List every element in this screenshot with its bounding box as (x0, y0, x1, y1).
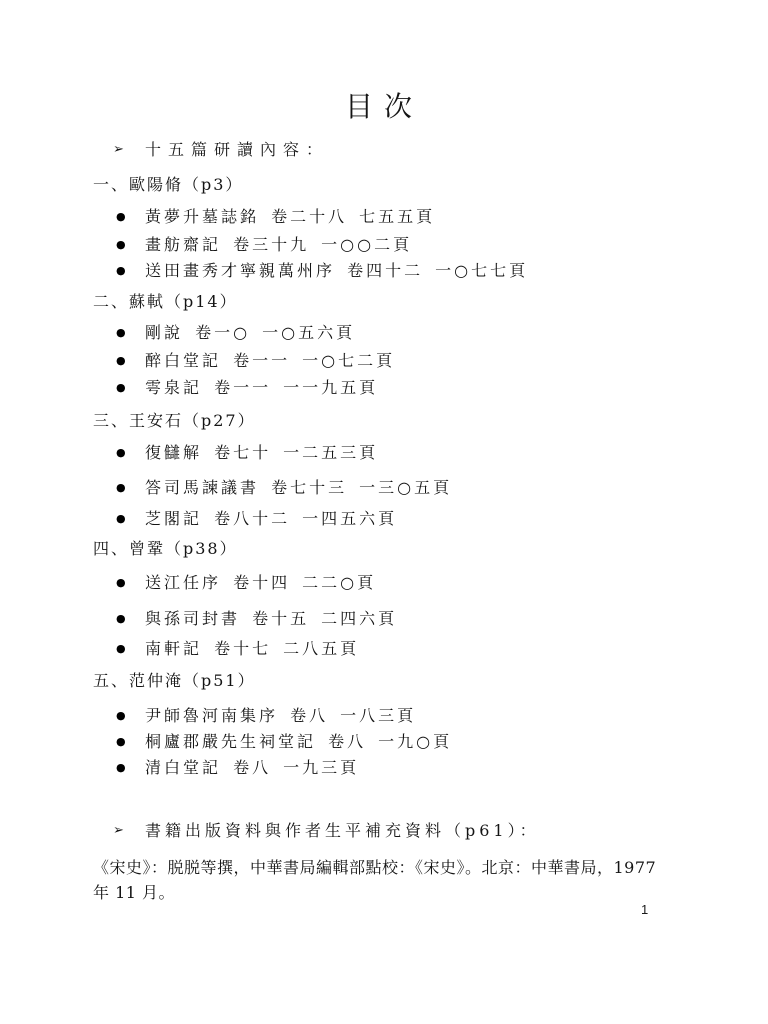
toc-item: ● 南軒記 卷十七 二八五頁 (93, 639, 359, 659)
bullet-icon: ● (93, 478, 145, 498)
toc-item: ● 畫舫齋記 卷三十九 一○○二頁 (93, 235, 412, 255)
section-heading-zenggong: 四、曾鞏（p38） (93, 539, 238, 559)
item-text: 送田畫秀才寧親萬州序 卷四十二 一○七七頁 (145, 261, 528, 281)
bullet-icon: ● (93, 706, 145, 726)
bullet-icon: ● (93, 443, 145, 463)
toc-item: ● 醉白堂記 卷一一 一○七二頁 (93, 351, 395, 371)
item-text: 送江任序 卷十四 二二○頁 (145, 573, 376, 593)
section-heading-wanganshi: 三、王安石（p27） (93, 411, 256, 431)
bullet-icon: ● (93, 732, 145, 752)
item-text: 醉白堂記 卷一一 一○七二頁 (145, 351, 395, 371)
bullet-icon: ● (93, 235, 145, 255)
item-text: 答司馬諫議書 卷七十三 一三○五頁 (145, 478, 452, 498)
toc-item: ● 清白堂記 卷八 一九三頁 (93, 758, 359, 778)
bullet-icon: ● (93, 509, 145, 529)
document-page: 目次 ➢ 十五篇研讀內容： 一、歐陽脩（p3） ● 黃夢升墓誌銘 卷二十八 七五… (0, 0, 768, 1024)
item-text: 芝閣記 卷八十二 一四五六頁 (145, 509, 397, 529)
supplement-header: ➢ 書籍出版資料與作者生平補充資料（p61）： (93, 821, 540, 841)
toc-item: ● 桐廬郡嚴先生祠堂記 卷八 一九○頁 (93, 732, 452, 752)
bullet-icon: ● (93, 351, 145, 371)
toc-item: ● 復讎解 卷七十 一二五三頁 (93, 443, 378, 463)
item-text: 復讎解 卷七十 一二五三頁 (145, 443, 378, 463)
bibliography-line-2: 年 11 月。 (93, 882, 175, 904)
section-heading-ouyangxiu: 一、歐陽脩（p3） (93, 175, 243, 195)
arrow-bullet-icon: ➢ (93, 140, 145, 160)
bullet-icon: ● (93, 758, 145, 778)
reading-list-title: 十五篇研讀內容： (145, 140, 329, 160)
arrow-bullet-icon: ➢ (93, 821, 145, 841)
reading-list-header: ➢ 十五篇研讀內容： (93, 140, 329, 160)
item-text: 尹師魯河南集序 卷八 一八三頁 (145, 706, 416, 726)
item-text: 黃夢升墓誌銘 卷二十八 七五五頁 (145, 207, 435, 227)
toc-item: ● 剛說 卷一○ 一○五六頁 (93, 323, 355, 343)
toc-item: ● 尹師魯河南集序 卷八 一八三頁 (93, 706, 416, 726)
bibliography-line-1: 《宋史》：脱脱等撰，中華書局編輯部點校：《宋史》。北京：中華書局，1977 (93, 857, 656, 879)
item-text: 畫舫齋記 卷三十九 一○○二頁 (145, 235, 412, 255)
item-text: 剛說 卷一○ 一○五六頁 (145, 323, 355, 343)
bullet-icon: ● (93, 639, 145, 659)
bullet-icon: ● (93, 378, 145, 398)
bullet-icon: ● (93, 207, 145, 227)
toc-item: ● 答司馬諫議書 卷七十三 一三○五頁 (93, 478, 452, 498)
page-title: 目次 (345, 90, 423, 124)
bullet-icon: ● (93, 573, 145, 593)
bullet-icon: ● (93, 609, 145, 629)
bullet-icon: ● (93, 261, 145, 281)
item-text: 雩泉記 卷一一 一一九五頁 (145, 378, 378, 398)
item-text: 與孫司封書 卷十五 二四六頁 (145, 609, 397, 629)
toc-item: ● 雩泉記 卷一一 一一九五頁 (93, 378, 378, 398)
item-text: 南軒記 卷十七 二八五頁 (145, 639, 359, 659)
item-text: 清白堂記 卷八 一九三頁 (145, 758, 359, 778)
page-number: 1 (641, 902, 648, 918)
bullet-icon: ● (93, 323, 145, 343)
toc-item: ● 黃夢升墓誌銘 卷二十八 七五五頁 (93, 207, 435, 227)
toc-item: ● 送田畫秀才寧親萬州序 卷四十二 一○七七頁 (93, 261, 528, 281)
supplement-title: 書籍出版資料與作者生平補充資料（p61）： (145, 821, 540, 841)
toc-item: ● 送江任序 卷十四 二二○頁 (93, 573, 376, 593)
toc-item: ● 芝閣記 卷八十二 一四五六頁 (93, 509, 397, 529)
toc-item: ● 與孫司封書 卷十五 二四六頁 (93, 609, 397, 629)
section-heading-fanzhongyan: 五、范仲淹（p51） (93, 671, 256, 691)
item-text: 桐廬郡嚴先生祠堂記 卷八 一九○頁 (145, 732, 452, 752)
section-heading-sushi: 二、蘇軾（p14） (93, 292, 238, 312)
